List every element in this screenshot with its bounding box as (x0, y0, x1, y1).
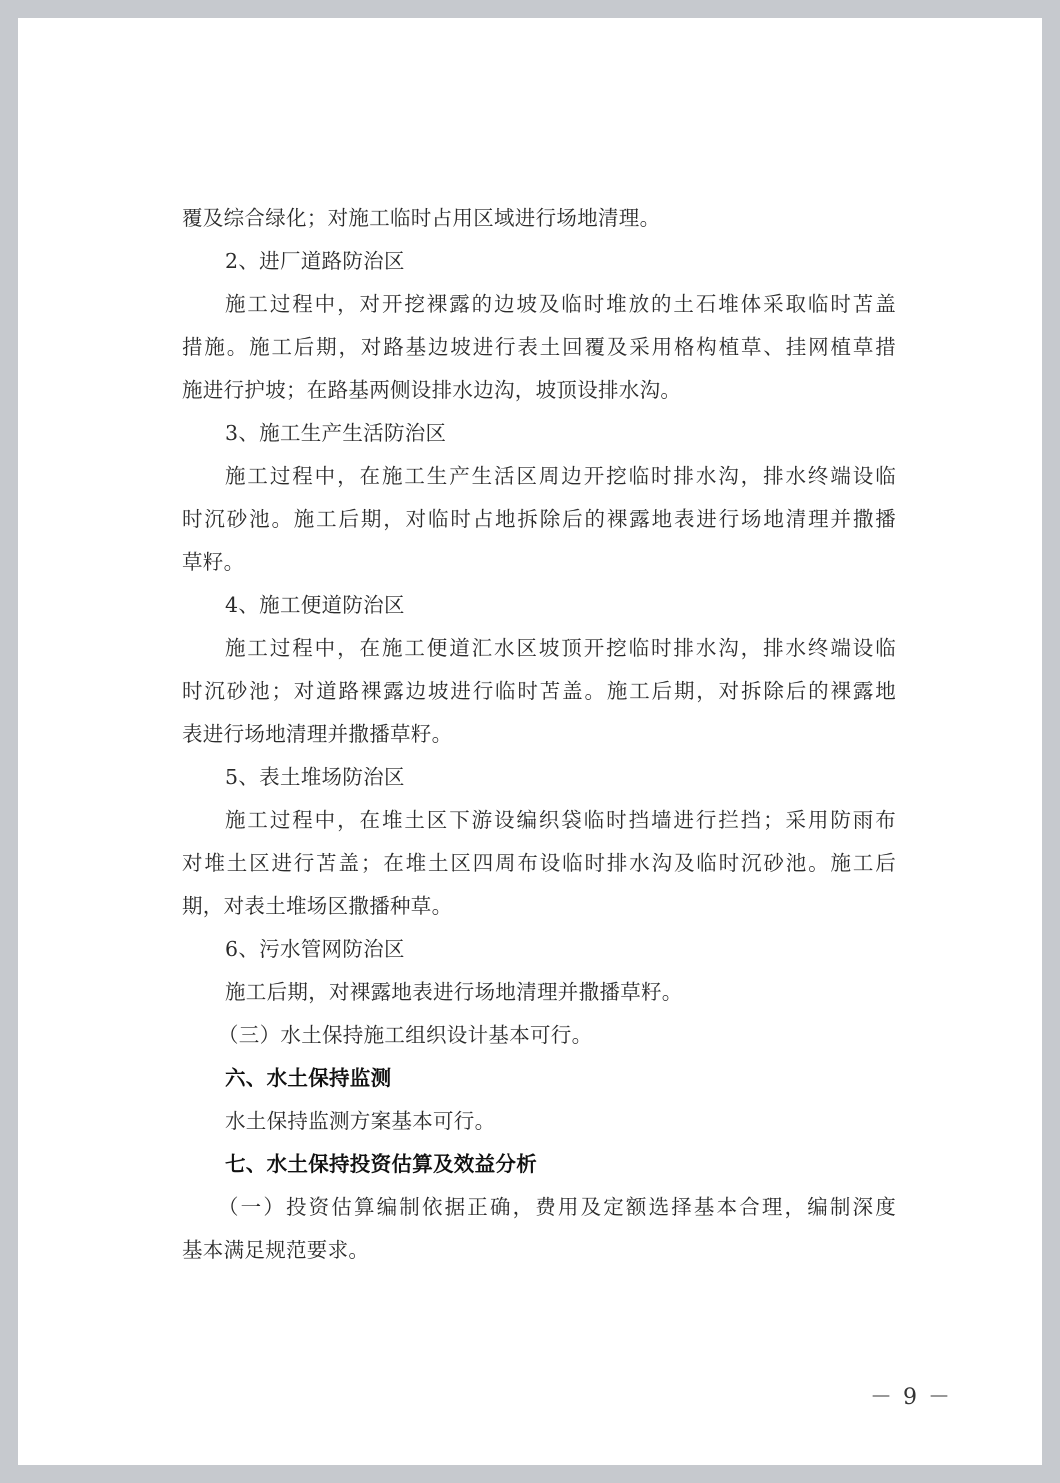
subheading-construction-living: 3、施工生产生活防治区 (225, 418, 446, 448)
section-heading-monitoring: 六、水土保持监测 (225, 1063, 391, 1093)
body-line: 草籽。 (182, 547, 244, 577)
body-line: 期，对表土堆场区撒播种草。 (182, 891, 452, 921)
body-line: （三）水土保持施工组织设计基本可行。 (218, 1020, 592, 1050)
subheading-entrance-road: 2、进厂道路防治区 (225, 246, 405, 276)
body-line: 水土保持监测方案基本可行。 (225, 1106, 495, 1136)
body-line: 时沉砂池。施工后期，对临时占地拆除后的裸露地表进行场地清理并撒播 (182, 504, 896, 534)
body-line: （一）投资估算编制依据正确，费用及定额选择基本合理，编制深度 (218, 1192, 896, 1222)
body-line: 对堆土区进行苫盖；在堆土区四周布设临时排水沟及临时沉砂池。施工后 (182, 848, 896, 878)
body-line: 措施。施工后期，对路基边坡进行表土回覆及采用格构植草、挂网植草措 (182, 332, 896, 362)
subheading-construction-access: 4、施工便道防治区 (225, 590, 405, 620)
body-line: 表进行场地清理并撒播草籽。 (182, 719, 452, 749)
body-line: 施工过程中，在施工便道汇水区坡顶开挖临时排水沟，排水终端设临 (225, 633, 896, 663)
body-line: 施工过程中，在堆土区下游设编织袋临时挡墙进行拦挡；采用防雨布 (225, 805, 896, 835)
body-line: 施工后期，对裸露地表进行场地清理并撒播草籽。 (225, 977, 683, 1007)
body-line: 时沉砂池；对道路裸露边坡进行临时苫盖。施工后期，对拆除后的裸露地 (182, 676, 896, 706)
body-line: 基本满足规范要求。 (182, 1235, 369, 1265)
page-number: － 9 － (870, 1380, 952, 1411)
subheading-topsoil-yard: 5、表土堆场防治区 (225, 762, 405, 792)
body-line: 覆及综合绿化；对施工临时占用区域进行场地清理。 (182, 203, 660, 233)
body-line: 施工过程中，对开挖裸露的边坡及临时堆放的土石堆体采取临时苫盖 (225, 289, 896, 319)
section-heading-investment: 七、水土保持投资估算及效益分析 (225, 1149, 537, 1179)
body-line: 施进行护坡；在路基两侧设排水边沟，坡顶设排水沟。 (182, 375, 681, 405)
body-line: 施工过程中，在施工生产生活区周边开挖临时排水沟，排水终端设临 (225, 461, 896, 491)
document-page: 覆及综合绿化；对施工临时占用区域进行场地清理。 2、进厂道路防治区 施工过程中，… (18, 18, 1042, 1465)
subheading-sewer-network: 6、污水管网防治区 (225, 934, 405, 964)
